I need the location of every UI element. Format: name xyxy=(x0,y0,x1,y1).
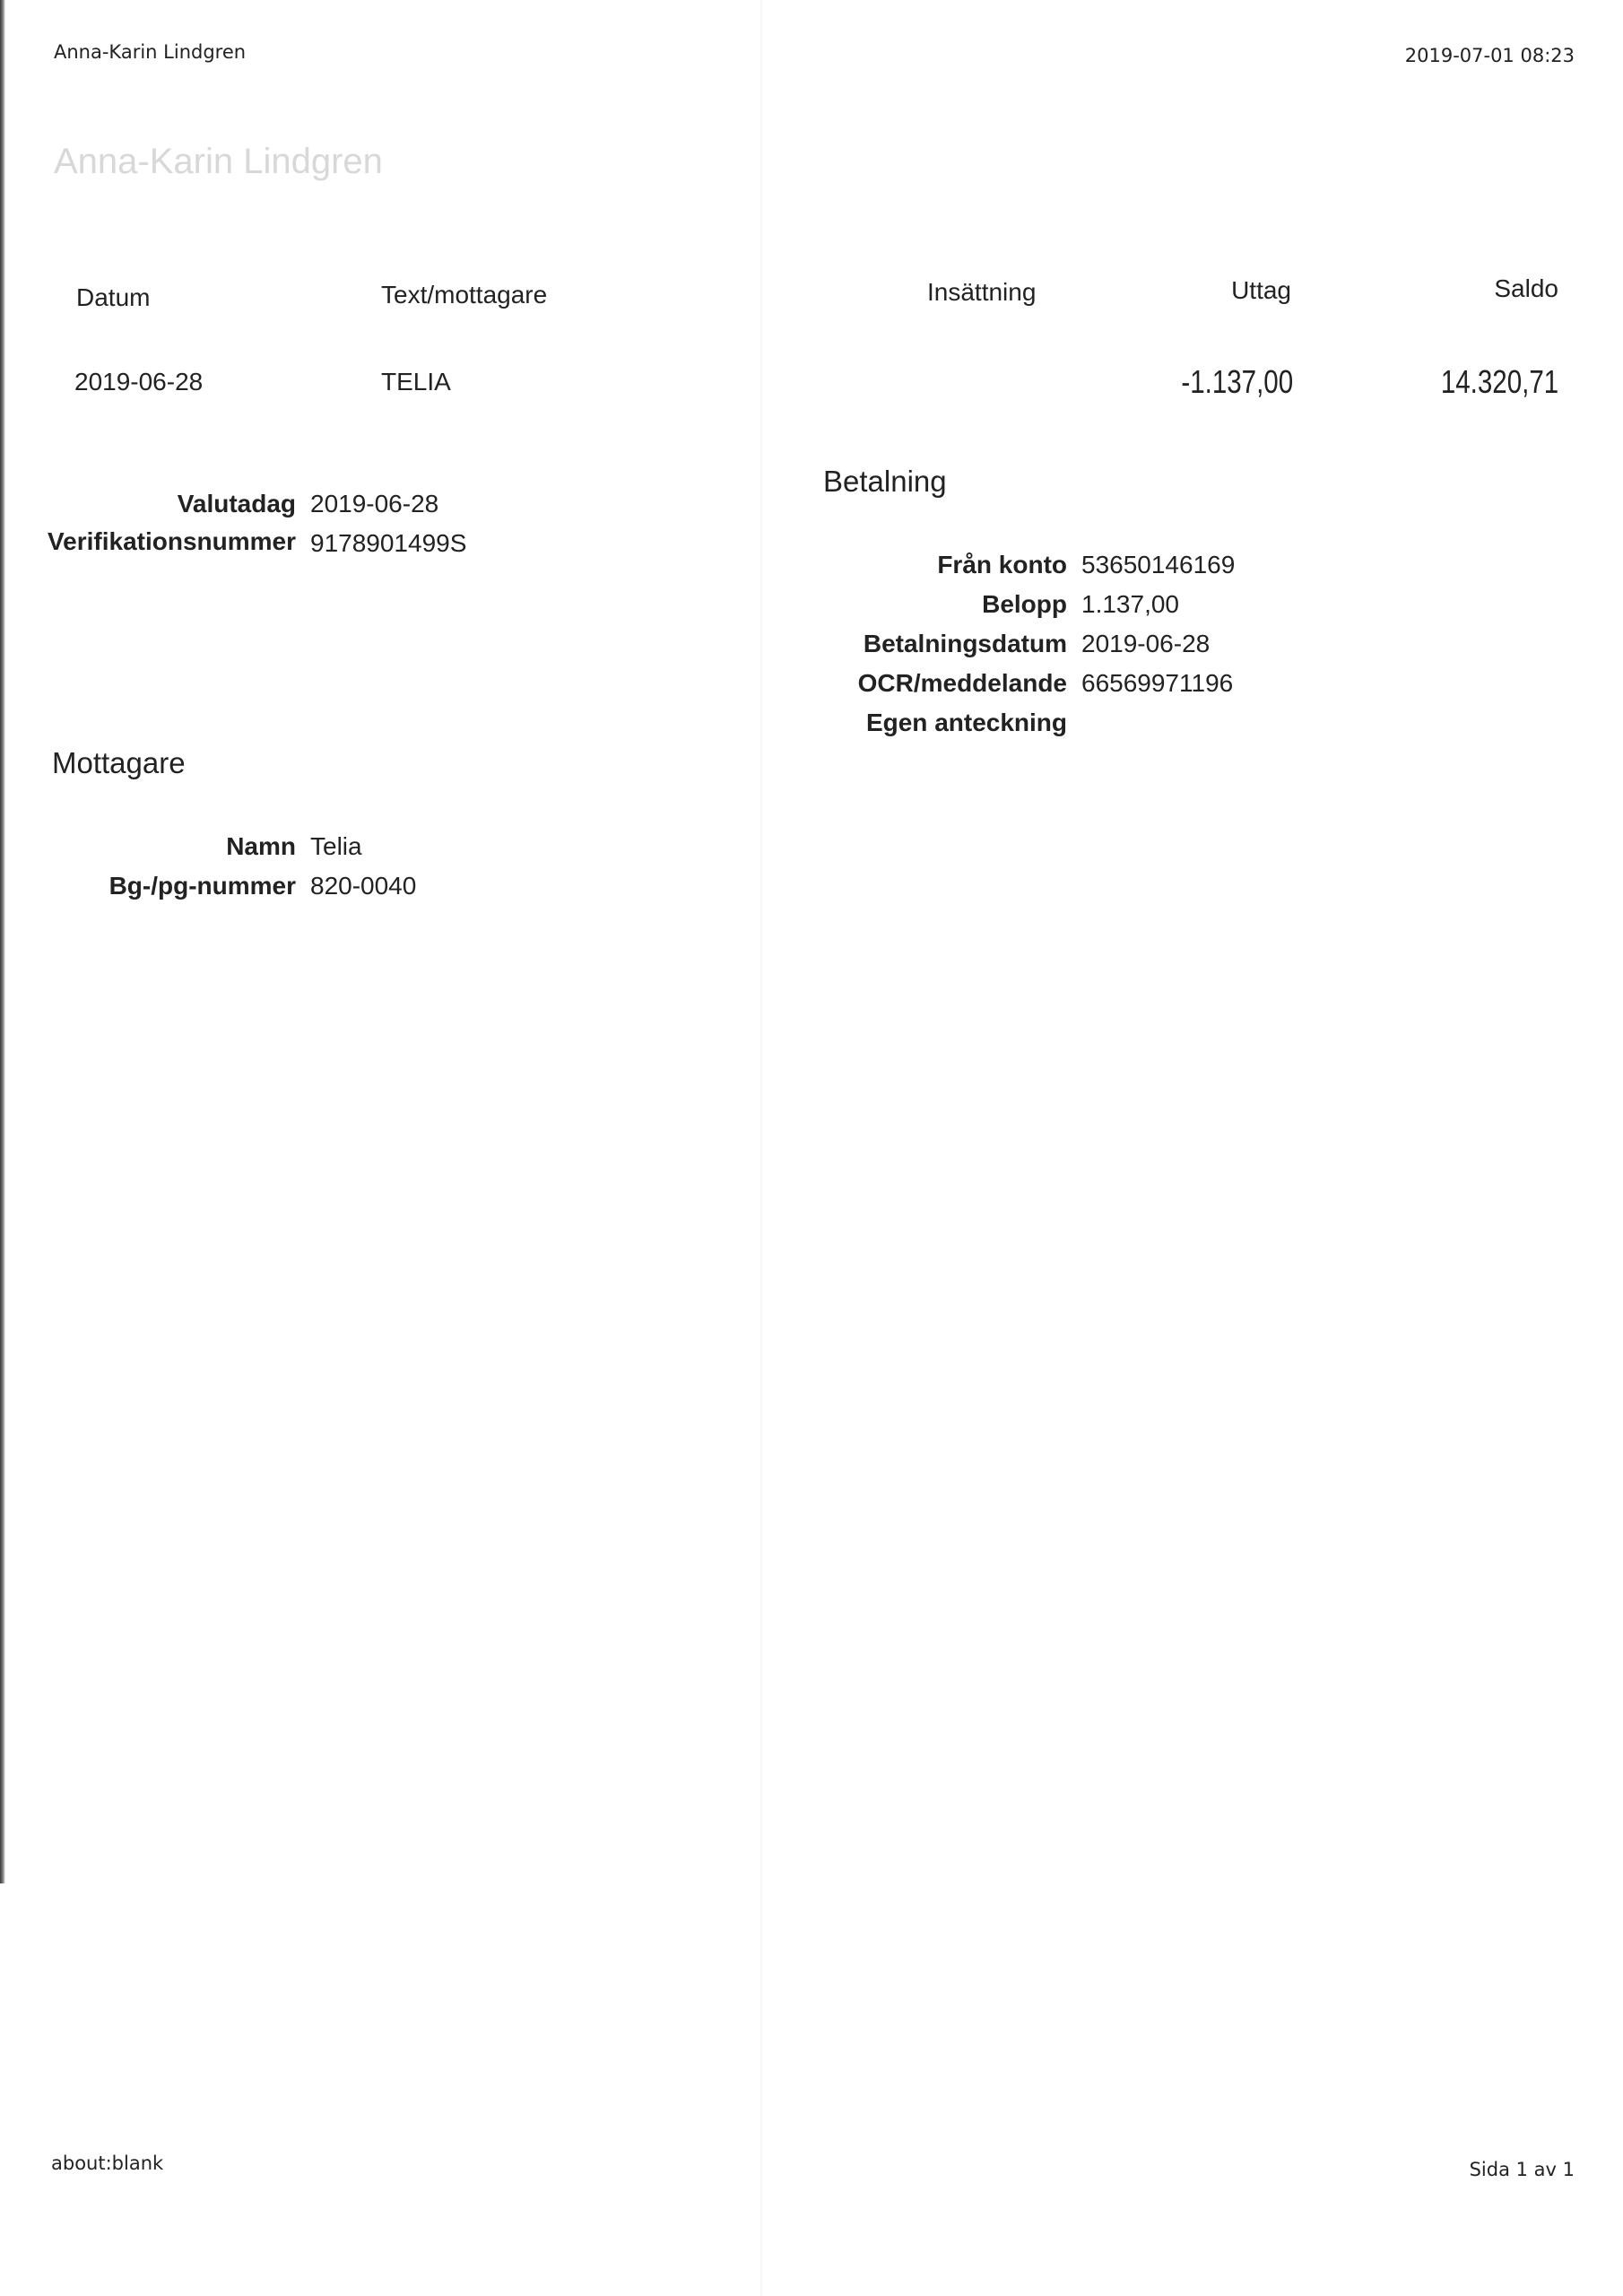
column-header-uttag: Uttag xyxy=(1231,276,1291,305)
print-header-timestamp: 2019-07-01 08:23 xyxy=(1405,45,1575,66)
belopp-value: 1.137,00 xyxy=(1067,585,1179,624)
betalning-title: Betalning xyxy=(823,465,947,499)
mottagare-details: Namn Telia Bg-/pg-nummer 820-0040 xyxy=(36,827,416,906)
row-saldo: 14.320,71 xyxy=(1441,363,1558,401)
column-header-insattning: Insättning xyxy=(927,278,1036,307)
belopp-label: Belopp xyxy=(807,585,1067,624)
namn-label: Namn xyxy=(36,827,296,866)
row-datum: 2019-06-28 xyxy=(74,368,203,396)
ocr-label: OCR/meddelande xyxy=(807,664,1067,703)
bgpg-value: 820-0040 xyxy=(296,866,416,906)
column-header-datum: Datum xyxy=(76,283,150,312)
fran-konto-label: Från konto xyxy=(807,545,1067,585)
betalningsdatum-value: 2019-06-28 xyxy=(1067,624,1210,664)
scan-edge-shadow xyxy=(0,0,5,1883)
egen-anteckning-value xyxy=(1067,703,1081,743)
betalning-details: Från konto 53650146169 Belopp 1.137,00 B… xyxy=(807,545,1235,743)
column-header-text: Text/mottagare xyxy=(381,281,547,309)
valutadag-label: Valutadag xyxy=(36,484,296,524)
page-fold-line xyxy=(760,0,762,2296)
namn-value: Telia xyxy=(296,827,362,866)
valutadag-value: 2019-06-28 xyxy=(296,484,438,524)
column-header-saldo: Saldo xyxy=(1494,274,1558,303)
egen-anteckning-label: Egen anteckning xyxy=(807,703,1067,743)
mottagare-title: Mottagare xyxy=(52,746,186,780)
verifikation-label: Verifikationsnummer xyxy=(36,524,296,563)
ocr-value: 66569971196 xyxy=(1067,664,1233,703)
row-uttag: -1.137,00 xyxy=(1181,363,1293,401)
fran-konto-value: 53650146169 xyxy=(1067,545,1235,585)
betalningsdatum-label: Betalningsdatum xyxy=(807,624,1067,664)
bgpg-label: Bg-/pg-nummer xyxy=(36,866,296,906)
verifikation-value: 9178901499S xyxy=(296,524,466,563)
print-footer-page: Sida 1 av 1 xyxy=(1470,2159,1575,2180)
transaction-details: Valutadag 2019-06-28 Verifikationsnummer… xyxy=(36,484,466,563)
page-title: Anna-Karin Lindgren xyxy=(54,142,383,182)
print-header-name: Anna-Karin Lindgren xyxy=(54,41,246,63)
row-text: TELIA xyxy=(381,368,451,396)
print-footer-url: about:blank xyxy=(51,2152,163,2174)
